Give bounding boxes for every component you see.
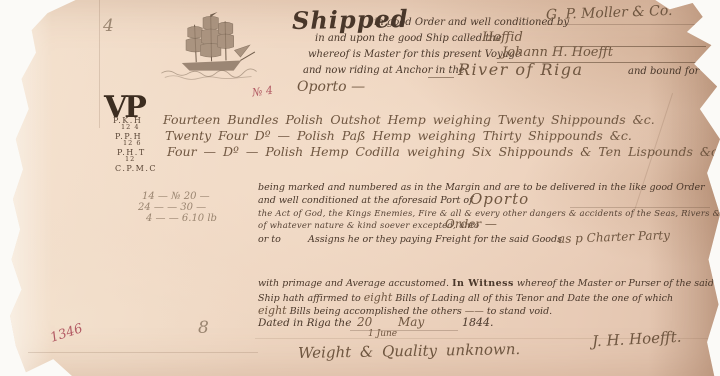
witness-clause-2: Ship hath affirmed to eight Bills of Lad… — [258, 291, 673, 304]
cargo-mark: P.K.H 12 4 — [113, 117, 142, 131]
pencil-number-bottom: 8 — [198, 318, 209, 338]
mark-code: C.P.M.C — [115, 164, 157, 173]
mark-sub: 12 — [117, 156, 146, 163]
ship-engraving-icon — [158, 3, 260, 89]
torn-left-edge — [0, 0, 52, 376]
paper-crease — [99, 0, 100, 128]
mark-sub: 12 6 — [115, 140, 142, 147]
witness-clause-1: with primage and Average accustomed. In … — [258, 278, 714, 289]
cargo-line: Twenty Four Dº — Polish Paß Hemp weighin… — [165, 128, 632, 143]
witness-text: whereof the Master or Purser of the said — [517, 278, 714, 289]
witness-text: Bills of Lading all of this Tenor and Da… — [395, 293, 673, 304]
mark-sub: 12 4 — [113, 124, 142, 131]
or-to-label: or to — [258, 234, 281, 245]
dated-clause: Dated in Riga the — [258, 317, 351, 329]
dated-month: May — [398, 315, 424, 329]
pencil-number-top: 4 — [103, 16, 114, 36]
bl-number: № 4 — [251, 84, 274, 100]
master-name: Johann H. Hoefft — [502, 45, 613, 60]
cargo-line: Four — Dº — Polish Hemp Codilla weighing… — [167, 144, 720, 159]
cargo-mark: C.P.M.C — [115, 165, 157, 172]
bills-count: eight — [258, 304, 287, 317]
ship-clause: in and upon the good Ship called the — [315, 33, 502, 44]
rule-line — [570, 207, 710, 208]
unto-order: Order — — [445, 217, 497, 231]
paper-crease — [28, 352, 258, 353]
assigns-clause: Assigns he or they paying Freight for th… — [308, 234, 562, 245]
rule-line — [545, 24, 710, 25]
ship-name: Hoffid — [482, 30, 523, 45]
rule-line — [428, 77, 454, 78]
pencil-tally: 24 — — 30 — — [138, 202, 206, 213]
master-clause: whereof is Master for this present Voyag… — [308, 49, 521, 60]
anchor-clause: and now riding at Anchor in the — [303, 65, 465, 76]
dated-alt-calendar: 1 June — [368, 329, 397, 339]
cargo-line: Fourteen Bundles Polish Outshot Hemp wei… — [163, 112, 655, 127]
witness-text: Ship hath affirmed to — [258, 293, 361, 304]
pencil-tally: 4 — — 6.10 lb — [146, 213, 217, 224]
dated-day: 20 — [357, 315, 372, 329]
cargo-mark: P.H.T 12 — [117, 149, 146, 163]
port-of-delivery: Oporto — [470, 190, 529, 208]
anchor-place: River of Riga — [458, 60, 584, 79]
destination: Oporto — — [297, 79, 365, 95]
opening-clause: in good Order and well conditioned by — [374, 17, 569, 28]
rule-line — [350, 330, 458, 331]
bound-for-clause: and bound for — [628, 66, 699, 77]
witness-text: Bills being accomplished the others — [290, 306, 462, 317]
quality-note: Weight & Quality unknown. — [298, 340, 520, 362]
red-file-number: 1346 — [48, 321, 84, 345]
pencil-tally: 14 — № 20 — — [142, 191, 210, 202]
cargo-mark: P.P.H 12 6 — [115, 133, 142, 147]
delivery-clause-2: and well conditioned at the aforesaid Po… — [258, 195, 473, 206]
dated-year: 1844. — [462, 316, 494, 329]
witness-text: to stand void. — [487, 306, 552, 317]
bills-count: eight — [364, 291, 393, 304]
bill-of-lading-document: 4 8 1346 Shipped in good Order and well … — [0, 0, 720, 376]
witness-text: with primage and Average accustomed. — [258, 278, 449, 289]
in-witness-word: In Witness — [452, 278, 514, 289]
